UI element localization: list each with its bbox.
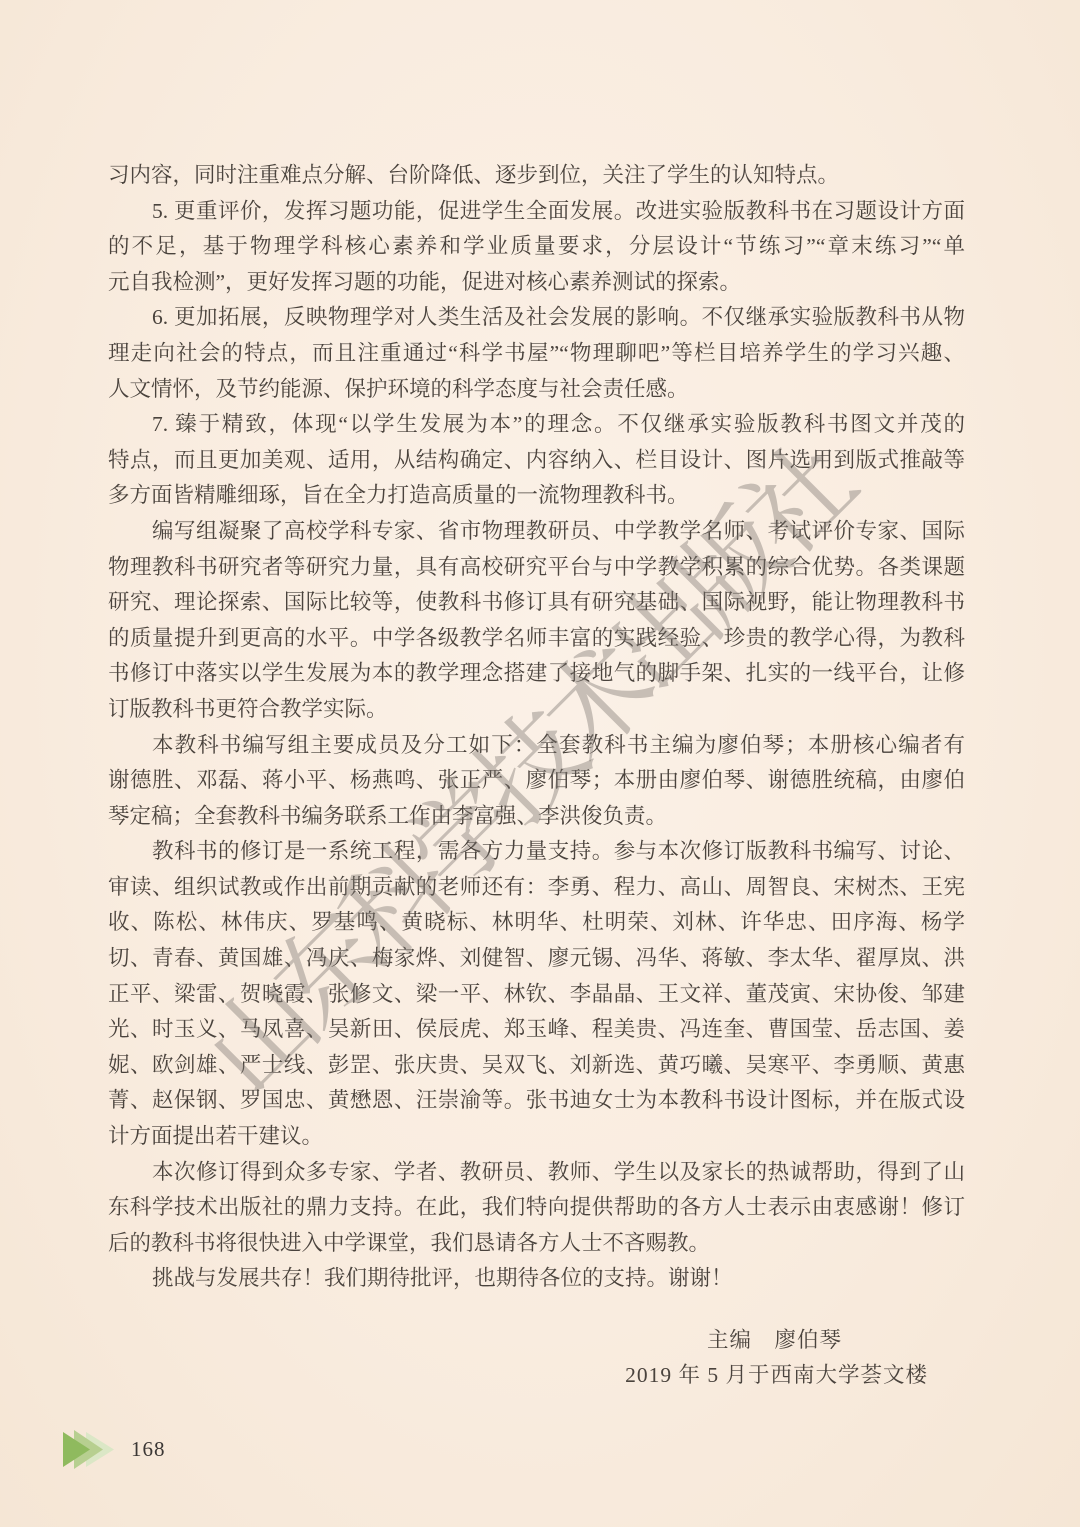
text-line: 审读、组织试教或作出前期贡献的老师还有：李勇、程力、高山、周智良、宋树杰、王宪 — [108, 870, 965, 906]
text-line: 研究、理论探索、国际比较等，使教科书修订具有研究基础、国际视野，能让物理教科书 — [108, 585, 965, 621]
page-number: 168 — [131, 1437, 166, 1462]
text-line: 7. 臻于精致，体现“以学生发展为本”的理念。不仅继承实验版教科书图文并茂的 — [108, 407, 965, 443]
signature-editor: 主编 廖伯琴 — [707, 1323, 842, 1359]
text-line: 收、陈松、林伟庆、罗基鸣、黄晓标、林明华、杜明荣、刘林、许华忠、田序海、杨学 — [108, 905, 965, 941]
text-line: 挑战与发展共存！我们期待批评，也期待各位的支持。谢谢！ — [108, 1261, 965, 1297]
text-line: 的不足，基于物理学科核心素养和学业质量要求，分层设计“节练习”“章末练习”“单 — [108, 229, 965, 265]
text-line: 后的教科书将很快进入中学课堂，我们恳请各方人士不吝赐教。 — [108, 1226, 965, 1262]
text-line: 书修订中落实以学生发展为本的教学理念搭建了接地气的脚手架、扎实的一线平台，让修 — [108, 656, 965, 692]
document-page: 山东科学技术出版社 习内容，同时注重难点分解、台阶降低、逐步到位，关注了学生的认… — [0, 0, 1080, 1527]
text-line: 元自我检测”，更好发挥习题的功能，促进对核心素养测试的探索。 — [108, 265, 965, 301]
signature-date: 2019 年 5 月于西南大学荟文楼 — [625, 1358, 928, 1394]
text-line: 的质量提升到更高的水平。中学各级教学名师丰富的实践经验、珍贵的教学心得，为教科 — [108, 621, 965, 657]
text-line: 计方面提出若干建议。 — [108, 1119, 965, 1155]
text-line: 本教科书编写组主要成员及分工如下：全套教科书主编为廖伯琴；本册核心编者有 — [108, 728, 965, 764]
text-line: 本次修订得到众多专家、学者、教研员、教师、学生以及家长的热诚帮助，得到了山 — [108, 1155, 965, 1191]
text-line: 光、时玉义、马凤喜、吴新田、侯辰虎、郑玉峰、程美贵、冯连奎、曹国莹、岳志国、姜 — [108, 1012, 965, 1048]
text-line: 人文情怀，及节约能源、保护环境的科学态度与社会责任感。 — [108, 372, 965, 408]
text-line: 5. 更重评价，发挥习题功能，促进学生全面发展。改进实验版教科书在习题设计方面 — [108, 194, 965, 230]
text-line: 妮、欧剑雄、严士线、彭罡、张庆贵、吴双飞、刘新选、黄巧曦、吴寒平、李勇顺、黄惠 — [108, 1048, 965, 1084]
text-line: 东科学技术出版社的鼎力支持。在此，我们特向提供帮助的各方人士表示由衷感谢！修订 — [108, 1190, 965, 1226]
text-line: 琴定稿；全套教科书编务联系工作由李富强、李洪俊负责。 — [108, 799, 965, 835]
text-line: 谢德胜、邓磊、蒋小平、杨燕鸣、张正严、廖伯琴；本册由廖伯琴、谢德胜统稿，由廖伯 — [108, 763, 965, 799]
text-line: 物理教科书研究者等研究力量，具有高校研究平台与中学教学积累的综合优势。各类课题 — [108, 550, 965, 586]
text-line: 正平、梁雷、贺晓霞、张修文、梁一平、林钦、李晶晶、王文祥、董茂寅、宋协俊、邹建 — [108, 977, 965, 1013]
text-line: 教科书的修订是一系统工程，需各方力量支持。参与本次修订版教科书编写、讨论、 — [108, 834, 965, 870]
text-line: 切、青春、黄国雄、冯庆、梅家烨、刘健智、廖元锡、冯华、蒋敏、李太华、翟厚岚、洪 — [108, 941, 965, 977]
text-line: 订版教科书更符合教学实际。 — [108, 692, 965, 728]
text-line: 多方面皆精雕细琢，旨在全力打造高质量的一流物理教科书。 — [108, 478, 965, 514]
page-footer: 168 — [63, 1429, 166, 1470]
body-text: 习内容，同时注重难点分解、台阶降低、逐步到位，关注了学生的认知特点。5. 更重评… — [108, 158, 965, 1297]
text-line: 编写组凝聚了高校学科专家、省市物理教研员、中学教学名师、考试评价专家、国际 — [108, 514, 965, 550]
triple-triangle-icon — [63, 1429, 116, 1470]
text-line: 菁、赵保钢、罗国忠、黄懋恩、汪崇渝等。张书迪女士为本教科书设计图标，并在版式设 — [108, 1083, 965, 1119]
text-line: 特点，而且更加美观、适用，从结构确定、内容纳入、栏目设计、图片选用到版式推敲等 — [108, 443, 965, 479]
text-line: 习内容，同时注重难点分解、台阶降低、逐步到位，关注了学生的认知特点。 — [108, 158, 965, 194]
text-line: 理走向社会的特点，而且注重通过“科学书屋”“物理聊吧”等栏目培养学生的学习兴趣、 — [108, 336, 965, 372]
text-line: 6. 更加拓展，反映物理学对人类生活及社会发展的影响。不仅继承实验版教科书从物 — [108, 300, 965, 336]
